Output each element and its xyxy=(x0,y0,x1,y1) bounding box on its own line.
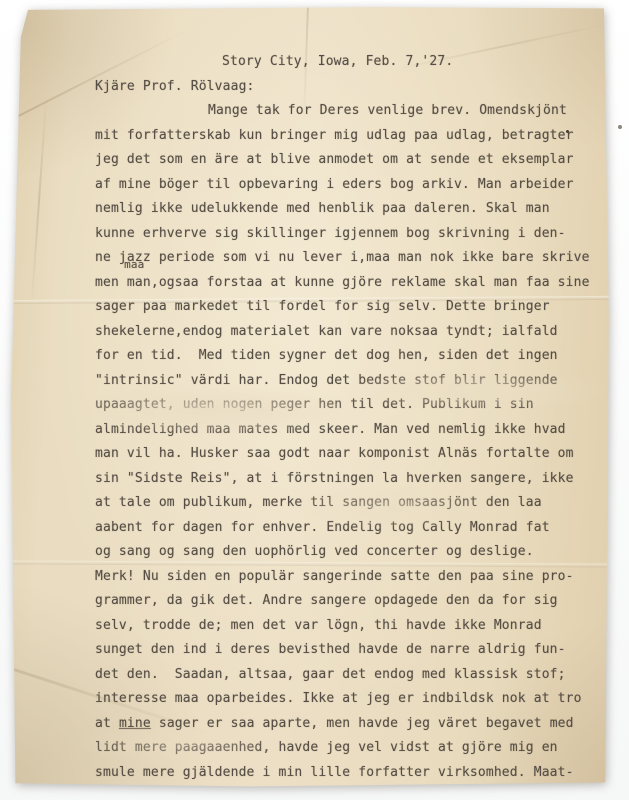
body-line-text: men man,ogsaa forstaa at kunne gjöre rek… xyxy=(95,275,590,290)
body-line: smule mere gjäldende i min lille forfatt… xyxy=(95,761,595,786)
body-line: at tale om publikum, merke til sangen om… xyxy=(95,491,595,516)
body-line: shekelerne,endog materialet kan vare nok… xyxy=(95,320,595,345)
body-line: sager paa markedet til fordel for sig se… xyxy=(95,295,595,320)
body-line: og sang og sang den uophörlig ved concer… xyxy=(95,540,595,565)
background-speck xyxy=(618,125,622,129)
body-line-text: sager er saa aparte, men havde jeg väret… xyxy=(151,716,574,731)
body-line: aabent for dagen for enhver. Endelig tog… xyxy=(95,516,595,541)
letter-page-wrap: Story City, Iowa, Feb. 7,'27. Kjäre Prof… xyxy=(10,6,610,788)
typed-insertion-above-line: maa xyxy=(124,259,144,270)
body-line: nemlig ikke udelukkende med henblik paa … xyxy=(95,197,595,222)
body-line: for en tid. Med tiden sygner det dog hen… xyxy=(95,344,595,369)
body-line: "intrinsic" värdi har. Endog det bedste … xyxy=(95,369,595,394)
body-line-text: at xyxy=(95,716,119,731)
body-line: jeg det som en äre at blive anmodet om a… xyxy=(95,148,595,173)
body-line-with-insertion: maamen man,ogsaa forstaa at kunne gjöre … xyxy=(95,271,595,296)
paper-crease xyxy=(31,96,48,306)
body-line: ne jazz periode som vi nu lever i,maa ma… xyxy=(95,246,595,271)
body-line: Merk! Nu siden en populär sangerinde sat… xyxy=(95,565,595,590)
body-line: det den. Saadan, altsaa, gaar det endog … xyxy=(95,663,595,688)
body-line: mit forfatterskab kun bringer mig udlag … xyxy=(95,124,595,149)
body-line: sunget den ind i deres bevisthed havde d… xyxy=(95,638,595,663)
body-line: almindelighed maa mates med skeer. Man v… xyxy=(95,418,595,443)
body-line: man vil ha. Husker saa godt naar komponi… xyxy=(95,442,595,467)
body-line: sin "Sidste Reis", at i förstningen la h… xyxy=(95,467,595,492)
dateline: Story City, Iowa, Feb. 7,'27. xyxy=(95,50,595,75)
body-line: grammer, da gik det. Andre sangere opdag… xyxy=(95,589,595,614)
body-line: Mange tak for Deres venlige brev. Omends… xyxy=(95,99,595,124)
body-line: lidt mere paagaaenhed, havde jeg vel vid… xyxy=(95,736,595,761)
salutation: Kjäre Prof. Rölvaag: xyxy=(95,75,595,100)
body-line: interesse maa oparbeides. Ikke at jeg er… xyxy=(95,687,595,712)
typewritten-letter: Story City, Iowa, Feb. 7,'27. Kjäre Prof… xyxy=(95,50,595,785)
body-line-with-underline: at mine sager er saa aparte, men havde j… xyxy=(95,712,595,737)
body-line: selv, trodde de; men det var lögn, thi h… xyxy=(95,614,595,639)
underlined-word: mine xyxy=(119,716,151,731)
body-line: kunne erhverve sig skillinger igjennem b… xyxy=(95,222,595,247)
body-line: af mine böger til opbevaring i eders bog… xyxy=(95,173,595,198)
letter-page: Story City, Iowa, Feb. 7,'27. Kjäre Prof… xyxy=(10,6,610,788)
scan-background: Story City, Iowa, Feb. 7,'27. Kjäre Prof… xyxy=(0,0,629,800)
body-line: upaaagtet, uden nogen peger hen til det.… xyxy=(95,393,595,418)
ink-speck xyxy=(566,130,569,133)
